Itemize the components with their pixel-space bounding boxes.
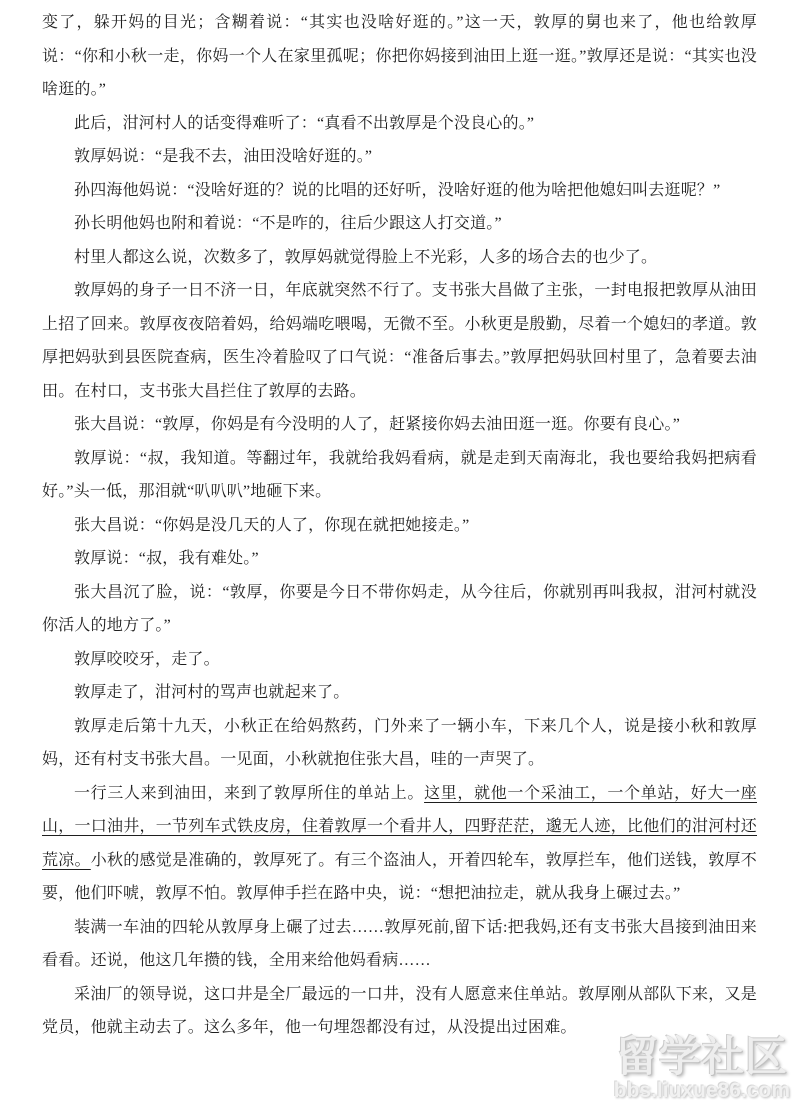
paragraph: 变了，躲开妈的目光；含糊着说：“其实也没啥好逛的。”这一天，敦厚的舅也来了，他也…	[42, 6, 757, 107]
text-segment: 孙长明他妈也附和着说：“不是咋的，往后少跟这人打交道。”	[74, 215, 502, 232]
paragraph: 孙四海他妈说：“没啥好逛的？说的比唱的还好听，没啥好逛的他为啥把他媳妇叫去逛呢？…	[42, 174, 757, 208]
text-segment: 敦厚走后第十九天，小秋正在给妈熬药，门外来了一辆小车，下来几个人，说是接小秋和敦…	[42, 718, 757, 769]
document-page: 变了，躲开妈的目光；含糊着说：“其实也没啥好逛的。”这一天，敦厚的舅也来了，他也…	[0, 0, 798, 1112]
paragraph: 敦厚咬咬牙，走了。	[42, 643, 757, 677]
text-segment: 采油厂的领导说，这口井是全厂最远的一口井，没有人愿意来住单站。敦厚刚从部队下来，…	[42, 986, 757, 1037]
paragraph: 张大昌说：“你妈是没几天的人了，你现在就把她接走。”	[42, 509, 757, 543]
text-segment: 敦厚说：“叔，我知道。等翻过年，我就给我妈看病，就是走到天南海北，我也要给我妈把…	[42, 450, 757, 501]
text-segment: 小秋的感觉是准确的，敦厚死了。有三个盗油人，开着四轮车，敦厚拦车，他们送钱，敦厚…	[42, 852, 757, 903]
text-segment: 孙四海他妈说：“没啥好逛的？说的比唱的还好听，没啥好逛的他为啥把他媳妇叫去逛呢？…	[74, 182, 720, 199]
document-text: 变了，躲开妈的目光；含糊着说：“其实也没啥好逛的。”这一天，敦厚的舅也来了，他也…	[42, 6, 757, 1045]
text-segment: 装满一车油的四轮从敦厚身上碾了过去……敦厚死前,留下话:把我妈,还有支书张大昌接…	[42, 919, 757, 970]
paragraph: 此后，泔河村人的话变得难听了：“真看不出敦厚是个没良心的。”	[42, 107, 757, 141]
text-segment: 张大昌说：“你妈是没几天的人了，你现在就把她接走。”	[74, 517, 469, 534]
text-segment: 敦厚咬咬牙，走了。	[74, 651, 220, 668]
text-segment: 张大昌沉了脸，说：“敦厚，你要是今日不带你妈走，从今往后，你就别再叫我叔，泔河村…	[42, 584, 757, 635]
paragraph: 敦厚说：“叔，我有难处。”	[42, 542, 757, 576]
paragraph: 张大昌说：“敦厚，你妈是有今没明的人了，赶紧接你妈去油田逛一逛。你要有良心。”	[42, 408, 757, 442]
paragraph: 一行三人来到油田，来到了敦厚所住的单站上。这里，就他一个采油工，一个单站，好大一…	[42, 777, 757, 911]
paragraph: 敦厚说：“叔，我知道。等翻过年，我就给我妈看病，就是走到天南海北，我也要给我妈把…	[42, 442, 757, 509]
text-segment: 敦厚妈的身子一日不济一日，年底就突然不行了。支书张大昌做了主张，一封电报把敦厚从…	[42, 282, 757, 400]
paragraph: 孙长明他妈也附和着说：“不是咋的，往后少跟这人打交道。”	[42, 207, 757, 241]
text-segment: 村里人都这么说，次数多了，敦厚妈就觉得脸上不光彩，人多的场合去的也少了。	[74, 249, 657, 266]
watermark-site-url: bbs.liuxue86.com	[614, 1079, 790, 1102]
paragraph: 装满一车油的四轮从敦厚身上碾了过去……敦厚死前,留下话:把我妈,还有支书张大昌接…	[42, 911, 757, 978]
text-segment: 敦厚走了，泔河村的骂声也就起来了。	[74, 684, 349, 701]
paragraph: 敦厚妈说：“是我不去，油田没啥好逛的。”	[42, 140, 757, 174]
paragraph: 采油厂的领导说，这口井是全厂最远的一口井，没有人愿意来住单站。敦厚刚从部队下来，…	[42, 978, 757, 1045]
paragraph: 敦厚走了，泔河村的骂声也就起来了。	[42, 676, 757, 710]
paragraph: 村里人都这么说，次数多了，敦厚妈就觉得脸上不光彩，人多的场合去的也少了。	[42, 241, 757, 275]
watermark: 留学社区 bbs.liuxue86.com	[614, 1036, 790, 1102]
text-segment: 张大昌说：“敦厚，你妈是有今没明的人了，赶紧接你妈去油田逛一逛。你要有良心。”	[74, 416, 680, 433]
text-segment: 敦厚说：“叔，我有难处。”	[74, 550, 259, 567]
paragraph: 敦厚走后第十九天，小秋正在给妈熬药，门外来了一辆小车，下来几个人，说是接小秋和敦…	[42, 710, 757, 777]
text-segment: 变了，躲开妈的目光；含糊着说：“其实也没啥好逛的。”这一天，敦厚的舅也来了，他也…	[42, 14, 757, 98]
text-segment: 一行三人来到油田，来到了敦厚所住的单站上。	[74, 785, 424, 802]
paragraph: 敦厚妈的身子一日不济一日，年底就突然不行了。支书张大昌做了主张，一封电报把敦厚从…	[42, 274, 757, 408]
text-segment: 敦厚妈说：“是我不去，油田没啥好逛的。”	[74, 148, 372, 165]
paragraph: 张大昌沉了脸，说：“敦厚，你要是今日不带你妈走，从今往后，你就别再叫我叔，泔河村…	[42, 576, 757, 643]
text-segment: 此后，泔河村人的话变得难听了：“真看不出敦厚是个没良心的。”	[74, 115, 534, 132]
